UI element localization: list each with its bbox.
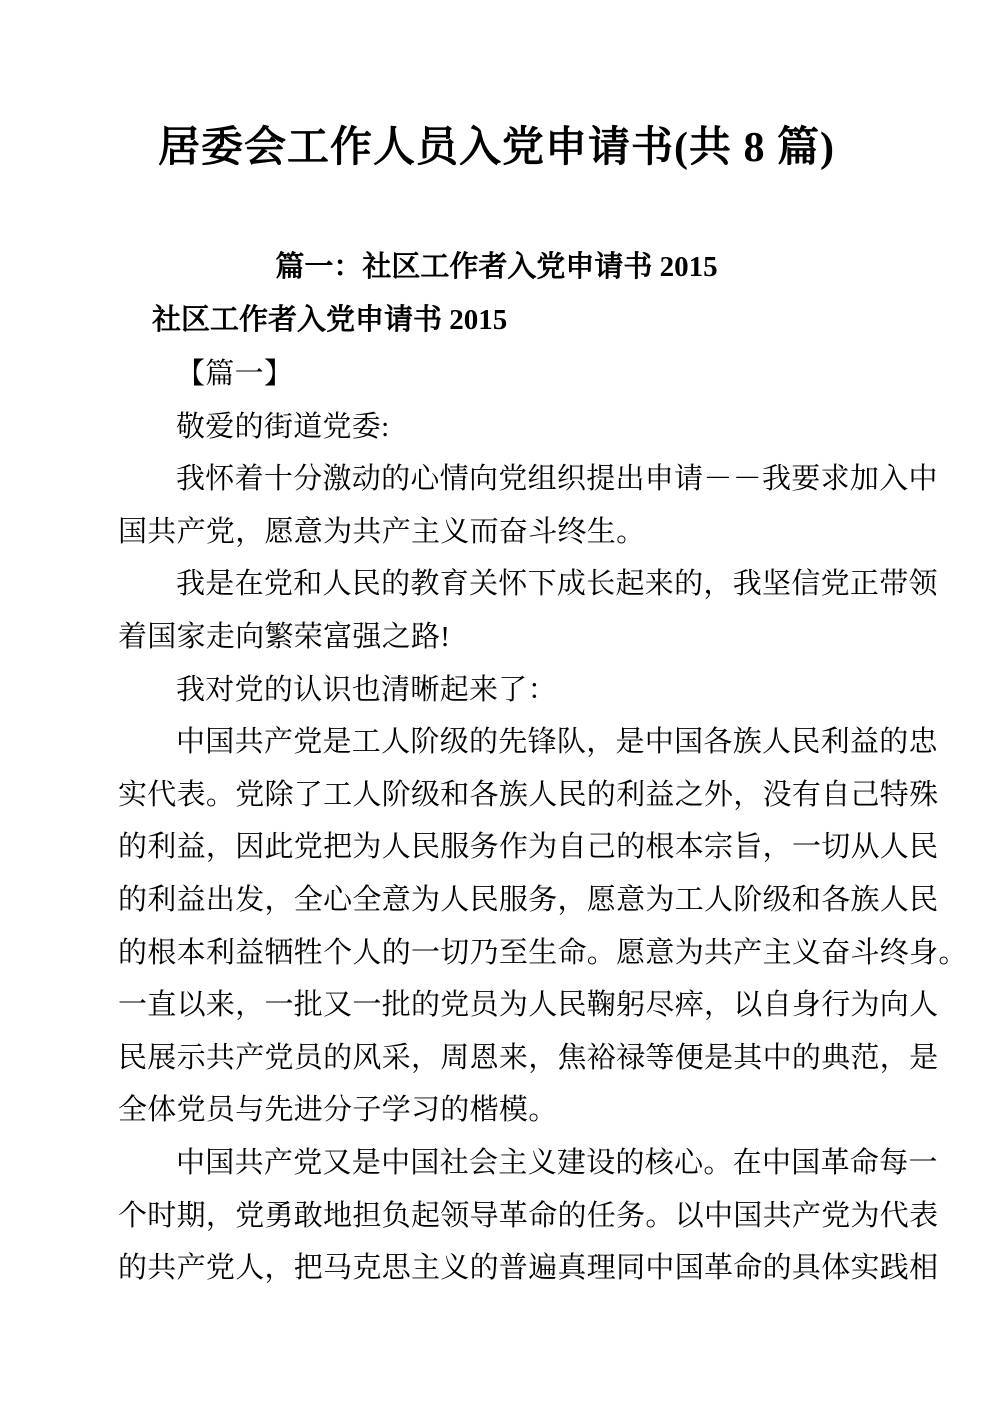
body-line: 敬爱的街道党委: [118,401,888,454]
body-line: 我怀着十分激动的心情向党组织提出申请－－我要求加入中 [118,453,888,506]
section-subtitle: 篇一：社区工作者入党申请书 2015 [0,252,993,284]
body-line: 一直以来，一批又一批的党员为人民鞠躬尽瘁，以自身行为向人 [118,979,888,1032]
document-body: 【篇一】敬爱的街道党委:我怀着十分激动的心情向党组织提出申请－－我要求加入中国共… [118,348,888,1295]
body-line: 全体党员与先进分子学习的楷模。 [118,1084,888,1137]
body-line: 民展示共产党员的风采，周恩来，焦裕禄等便是其中的典范，是 [118,1032,888,1085]
section-heading: 社区工作者入党申请书 2015 [152,305,507,337]
body-line: 我对党的认识也清晰起来了： [118,664,888,717]
body-line: 我是在党和人民的教育关怀下成长起来的，我坚信党正带领 [118,558,888,611]
body-line: 中国共产党是工人阶级的先锋队，是中国各族人民利益的忠 [118,716,888,769]
body-line: 的根本利益牺牲个人的一切乃至生命。愿意为共产主义奋斗终身。 [118,927,888,980]
body-line: 的利益，因此党把为人民服务作为自己的根本宗旨，一切从人民 [118,821,888,874]
document-page: 居委会工作人员入党申请书(共 8 篇) 篇一：社区工作者入党申请书 2015 社… [0,0,993,1404]
body-line: 中国共产党又是中国社会主义建设的核心。在中国革命每一 [118,1137,888,1190]
body-line: 国共产党，愿意为共产主义而奋斗终生。 [118,506,888,559]
body-line: 的共产党人，把马克思主义的普遍真理同中国革命的具体实践相 [118,1242,888,1295]
body-line: 实代表。党除了工人阶级和各族人民的利益之外，没有自己特殊 [118,769,888,822]
body-line: 【篇一】 [118,348,888,401]
body-line: 着国家走向繁荣富强之路! [118,611,888,664]
body-line: 的利益出发，全心全意为人民服务，愿意为工人阶级和各族人民 [118,874,888,927]
document-title: 居委会工作人员入党申请书(共 8 篇) [0,124,993,172]
body-line: 个时期，党勇敢地担负起领导革命的任务。以中国共产党为代表 [118,1190,888,1243]
